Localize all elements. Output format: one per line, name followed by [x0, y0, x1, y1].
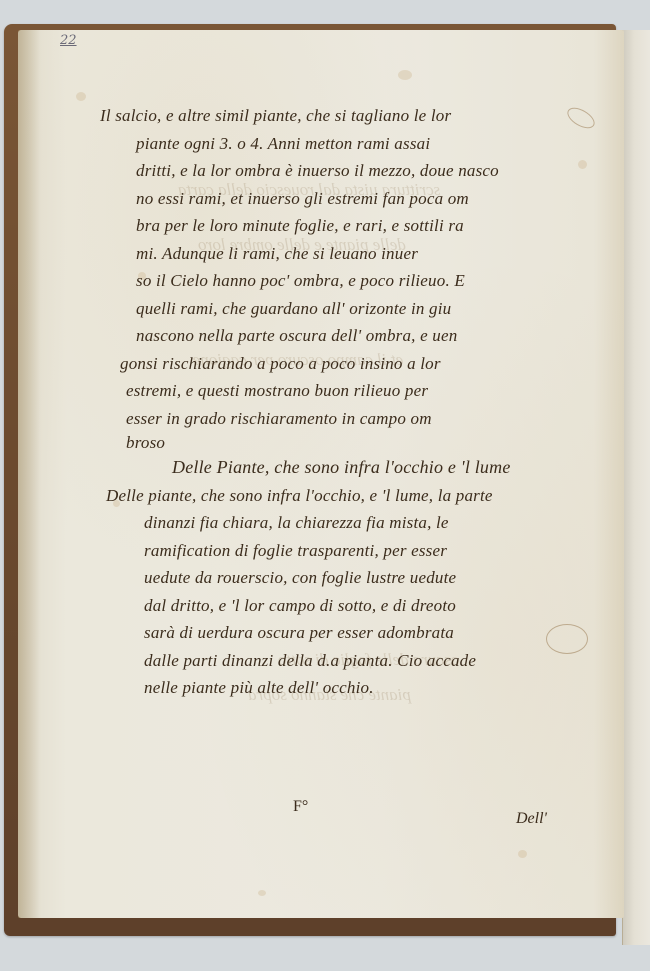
- text-line: broso: [114, 432, 574, 454]
- text-line: bra per le loro minute foglie, e rari, e…: [114, 212, 574, 240]
- manuscript-text: Il salcio, e altre simil piante, che si …: [114, 102, 574, 702]
- text-line: nascono nella parte oscura dell' ombra, …: [114, 322, 574, 350]
- text-line: ramification di foglie trasparenti, per …: [114, 537, 574, 565]
- text-line: esser in grado rischiaramento in campo o…: [114, 405, 574, 433]
- foxing-stain: [398, 70, 412, 80]
- text-line: dalle parti dinanzi della d.a pianta. Ci…: [114, 647, 574, 675]
- signature-mark: F°: [293, 798, 308, 816]
- text-line: Il salcio, e altre simil piante, che si …: [100, 102, 574, 130]
- text-line: sarà di uerdura oscura per esser adombra…: [114, 619, 574, 647]
- text-line: estremi, e questi mostrano buon rilieuo …: [114, 377, 574, 405]
- text-line: so il Cielo hanno poc' ombra, e poco ril…: [114, 267, 574, 295]
- text-line: nelle piante più alte dell' occhio.: [114, 674, 574, 702]
- text-line: mi. Adunque li rami, che si leuano inuer: [114, 240, 574, 268]
- foxing-stain: [578, 160, 587, 169]
- folio-number: 22: [60, 33, 77, 48]
- text-line: quelli rami, che guardano all' orizonte …: [114, 295, 574, 323]
- foxing-stain: [76, 92, 86, 101]
- text-line: dritti, e la lor ombra è inuerso il mezz…: [114, 157, 574, 185]
- section-heading: Delle Piante, che sono infra l'occhio e …: [114, 454, 574, 482]
- text-line: Delle piante, che sono infra l'occhio, e…: [106, 482, 574, 510]
- foxing-stain: [258, 890, 266, 896]
- text-line: gonsi rischiarando a poco a poco insino …: [114, 350, 574, 378]
- text-line: dinanzi fia chiara, la chiarezza fia mis…: [114, 509, 574, 537]
- adjacent-page-edge: [622, 30, 650, 945]
- text-line: piante ogni 3. o 4. Anni metton rami ass…: [114, 130, 574, 158]
- text-line: no essi rami, et inuerso gli estremi fan…: [114, 185, 574, 213]
- text-line: dal dritto, e 'l lor campo di sotto, e d…: [114, 592, 574, 620]
- manuscript-page: scrittura uista dal rouescio della carta…: [18, 30, 624, 918]
- foxing-stain: [518, 850, 527, 858]
- catchword: Dell': [516, 810, 547, 828]
- page-gutter: [18, 30, 40, 918]
- text-line: uedute da rouerscio, con foglie lustre u…: [114, 564, 574, 592]
